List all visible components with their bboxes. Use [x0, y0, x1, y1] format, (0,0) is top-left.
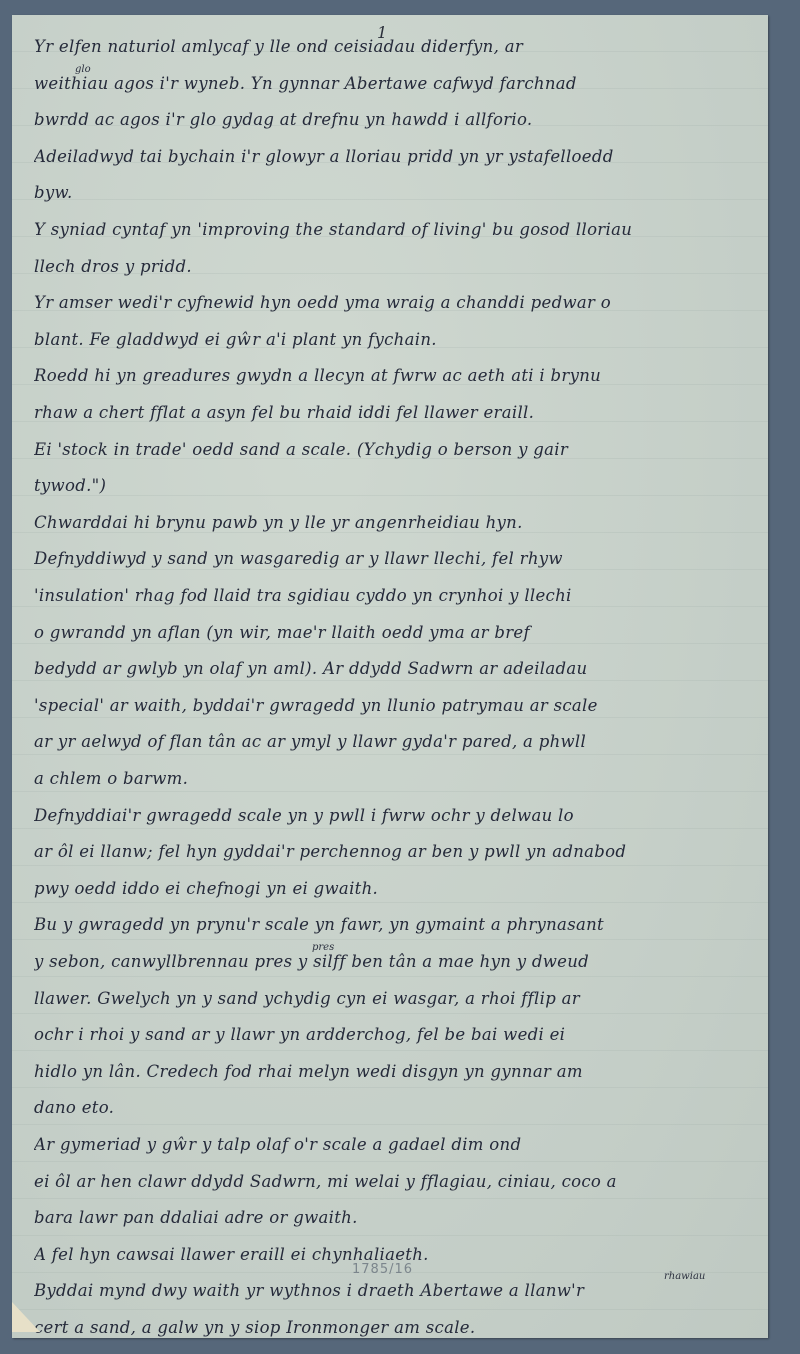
- manuscript-line: bwrdd ac agos i'r glo gydag at drefnu yn…: [34, 110, 750, 129]
- folded-corner: [12, 1302, 40, 1332]
- manuscript-line: dano eto.: [34, 1098, 750, 1117]
- manuscript-line: A fel hyn cawsai llawer eraill ei chynha…: [34, 1245, 750, 1264]
- manuscript-line: ar ôl ei llanw; fel hyn gyddai'r perchen…: [34, 842, 750, 861]
- manuscript-line: Adeiladwyd tai bychain i'r glowyr a llor…: [34, 147, 750, 166]
- manuscript-line: Ei 'stock in trade' oedd sand a scale. (…: [34, 440, 750, 459]
- manuscript-line: 'insulation' rhag fod llaid tra sgidiau …: [34, 586, 750, 605]
- manuscript-line: byw.: [34, 183, 750, 202]
- manuscript-line: rhaw a chert fflat a asyn fel bu rhaid i…: [34, 403, 750, 422]
- manuscript-line: Y syniad cyntaf yn 'improving the standa…: [34, 220, 750, 239]
- manuscript-line: Byddai mynd dwy waith yr wythnos i draet…: [34, 1281, 750, 1300]
- manuscript-line: y sebon, canwyllbrennau pres y silff ben…: [34, 952, 750, 971]
- manuscript-line: Defnyddiai'r gwragedd scale yn y pwll i …: [34, 806, 750, 825]
- manuscript-line: ei ôl ar hen clawr ddydd Sadwrn, mi wela…: [34, 1172, 750, 1191]
- manuscript-line: cert a sand, a galw yn y siop Ironmonger…: [34, 1318, 750, 1337]
- manuscript-line: Defnyddiwyd y sand yn wasgaredig ar y ll…: [34, 549, 750, 568]
- manuscript-line: Chwarddai hi brynu pawb yn y lle yr ange…: [34, 513, 750, 532]
- manuscript-line: blant. Fe gladdwyd ei gŵr a'i plant yn f…: [34, 330, 750, 349]
- manuscript-line: weithiau agos i'r wyneb. Yn gynnar Abert…: [34, 74, 750, 93]
- manuscript-line: bedydd ar gwlyb yn olaf yn aml). Ar ddyd…: [34, 659, 750, 678]
- manuscript-line: Yr amser wedi'r cyfnewid hyn oedd yma wr…: [34, 293, 750, 312]
- manuscript-line: a chlem o barwm.: [34, 769, 750, 788]
- manuscript-line: Bu y gwragedd yn prynu'r scale yn fawr, …: [34, 915, 750, 934]
- manuscript-line: llech dros y pridd.: [34, 257, 750, 276]
- manuscript-line: Roedd hi yn greadures gwydn a llecyn at …: [34, 366, 750, 385]
- manuscript-line: o gwrandd yn aflan (yn wir, mae'r llaith…: [34, 623, 750, 642]
- manuscript-line: bara lawr pan ddaliai adre or gwaith.: [34, 1208, 750, 1227]
- manuscript-line: llawer. Gwelych yn y sand ychydig cyn ei…: [34, 989, 750, 1008]
- manuscript-line: ar yr aelwyd of flan tân ac ar ymyl y ll…: [34, 732, 750, 751]
- manuscript-line: hidlo yn lân. Credech fod rhai melyn wed…: [34, 1062, 750, 1081]
- manuscript-line: Ar gymeriad y gŵr y talp olaf o'r scale …: [34, 1135, 750, 1154]
- archive-reference: 1785/16: [352, 1262, 413, 1277]
- manuscript-line: 'special' ar waith, byddai'r gwragedd yn…: [34, 696, 750, 715]
- manuscript-line: Yr elfen naturiol amlycaf y lle ond ceis…: [34, 37, 750, 56]
- manuscript-line: ochr i rhoi y sand ar y llawr yn ardderc…: [34, 1025, 750, 1044]
- manuscript-line: tywod."): [34, 476, 750, 495]
- manuscript-page: 1 glo Yr elfen naturiol amlycaf y lle on…: [12, 15, 768, 1338]
- manuscript-line: pwy oedd iddo ei chefnogi yn ei gwaith.: [34, 879, 750, 898]
